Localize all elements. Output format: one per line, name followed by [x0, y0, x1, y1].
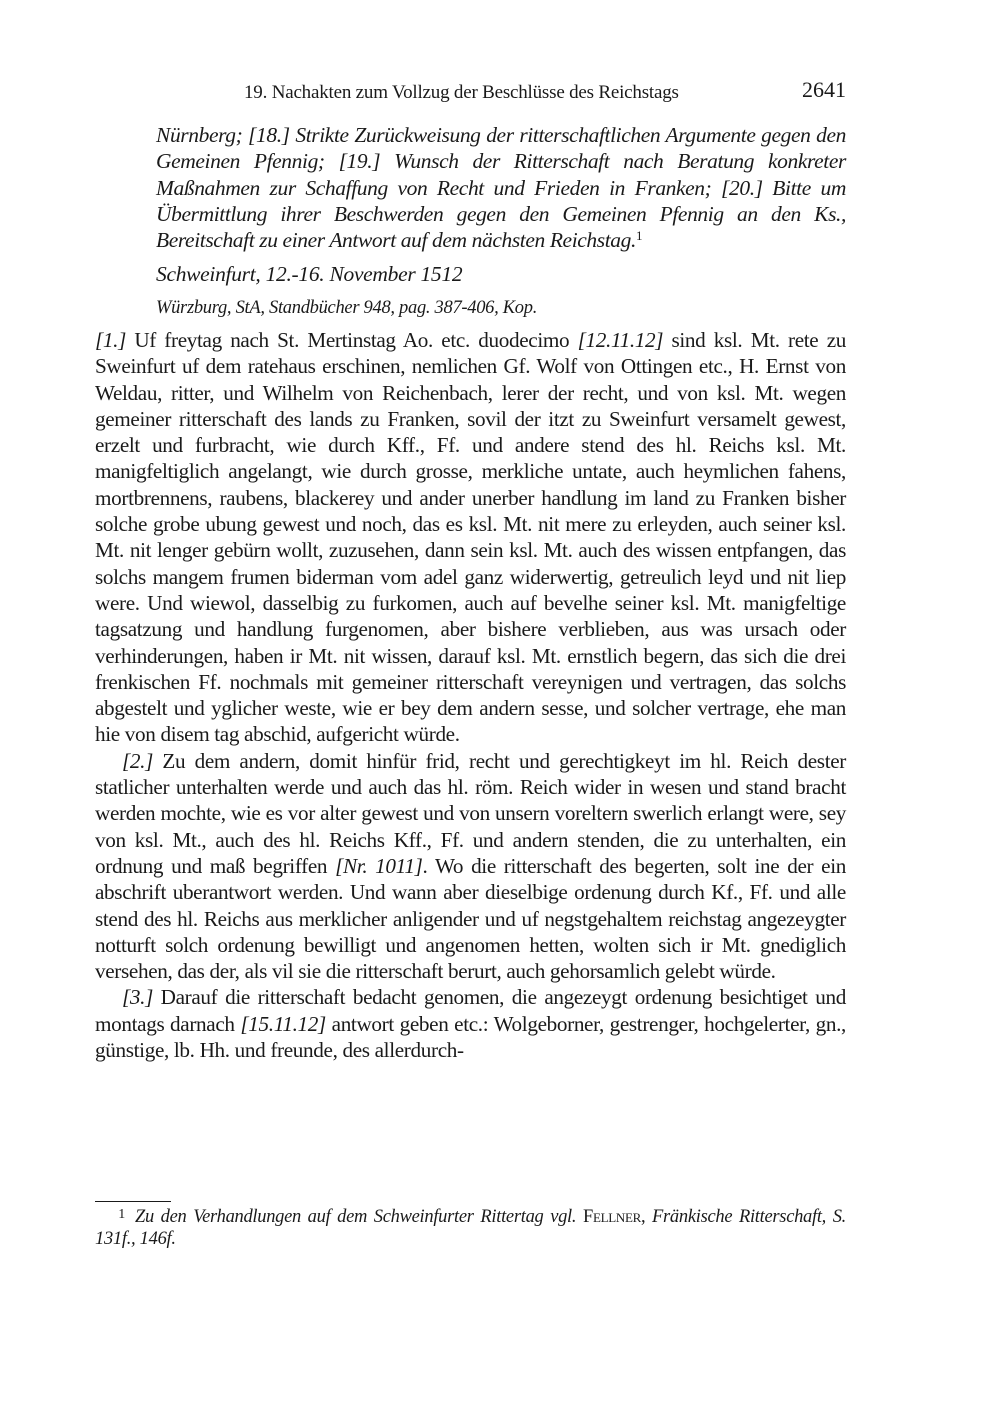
paragraph-number: [1.]: [95, 328, 126, 352]
footnote-text-1: Zu den Verhandlungen auf dem Schweinfurt…: [135, 1207, 576, 1227]
editorial-reference: [12.11.12]: [578, 328, 664, 352]
document-regest: Nürnberg; [18.] Strikte Zurückweisung de…: [156, 122, 846, 253]
editorial-reference: [Nr. 1011]: [335, 854, 422, 878]
paragraph-number: [2.]: [122, 749, 153, 773]
page-number: 2641: [802, 77, 846, 103]
editorial-reference: [15.11.12]: [240, 1012, 326, 1036]
paragraph-2: [2.] Zu dem andern, domit hinfür frid, r…: [95, 748, 846, 985]
footnote-reference[interactable]: 1: [636, 228, 642, 243]
body-text: [1.] Uf freytag nach St. Mertinstag Ao. …: [95, 327, 846, 1063]
regest-text: Nürnberg; [18.] Strikte Zurückweisung de…: [156, 123, 846, 252]
footnote-author: Fellner: [583, 1207, 641, 1227]
paragraph-number: [3.]: [122, 985, 153, 1009]
paragraph-1: [1.] Uf freytag nach St. Mertinstag Ao. …: [95, 327, 846, 748]
footnote-1: 1Zu den Verhandlungen auf dem Schweinfur…: [95, 1207, 846, 1250]
footnote-divider: [95, 1201, 171, 1202]
running-head-title: 19. Nachakten zum Vollzug der Beschlüsse…: [244, 80, 679, 106]
dateline: Schweinfurt, 12.-16. November 1512: [156, 261, 846, 287]
source-citation: Würzburg, StA, Standbücher 948, pag. 387…: [156, 296, 846, 320]
paragraph-3: [3.] Darauf die ritterschaft bedacht gen…: [95, 984, 846, 1063]
